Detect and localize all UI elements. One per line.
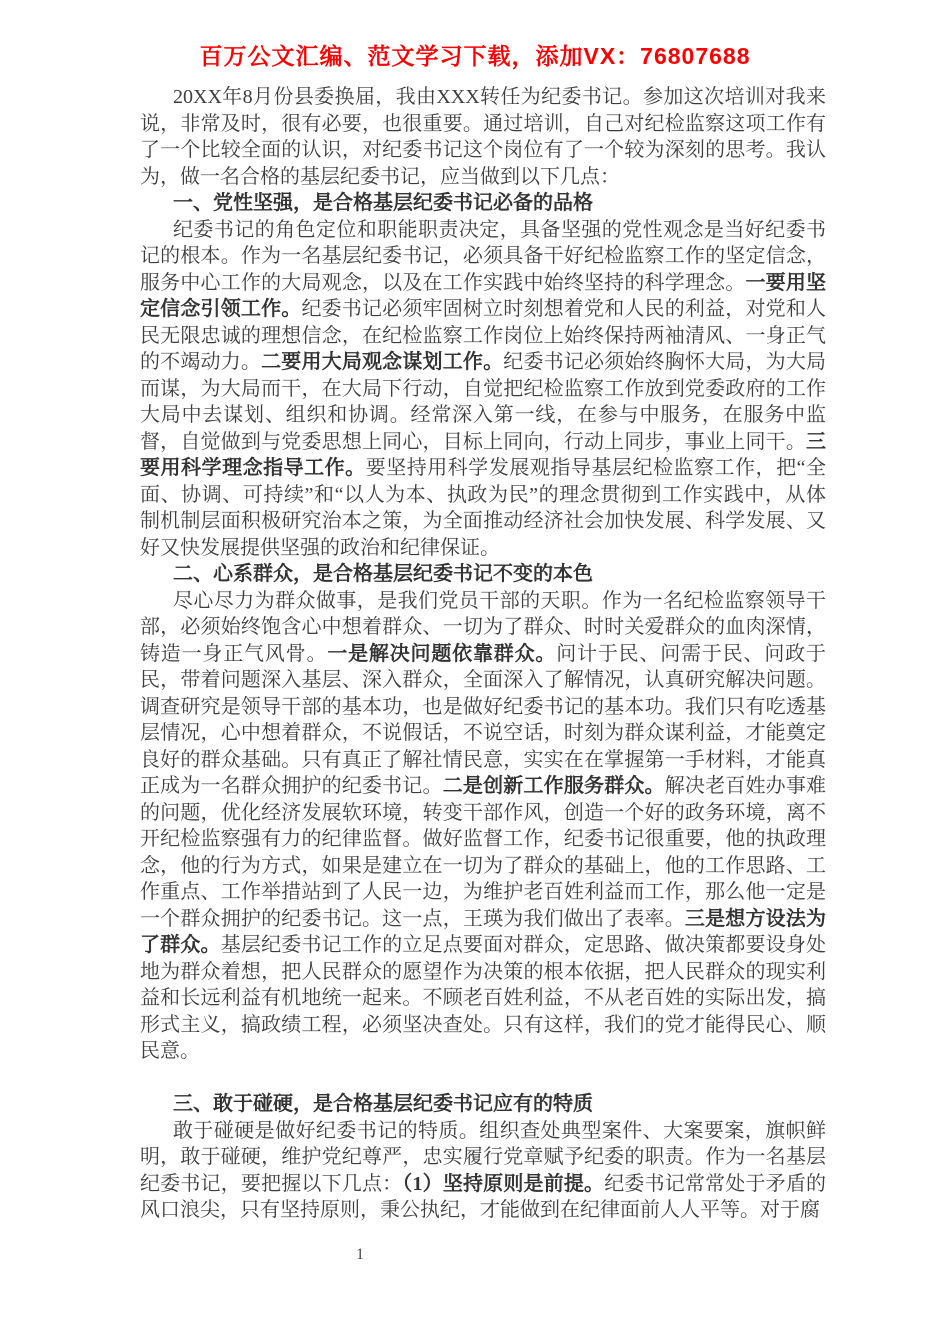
body-paragraph: 20XX年8月份县委换届，我由XXX转任为纪委书记。参加这次培训对我来说，非常及… bbox=[140, 84, 826, 190]
emphasis-run: 一是解决问题依靠群众。 bbox=[327, 643, 556, 665]
text-run: 纪委书记的角色定位和职能职责决定，具备坚强的党性观念是当好纪委书记的根本。作为一… bbox=[140, 219, 826, 294]
emphasis-run: 一、党性坚强，是合格基层纪委书记必备的品格 bbox=[173, 192, 593, 214]
text-run: 20XX年8月份县委换届，我由XXX转任为纪委书记。参加这次培训对我来说，非常及… bbox=[140, 86, 826, 188]
text-run: 基层纪委书记工作的立足点要面对群众，定思路、做决策都要设身处地为群众着想，把人民… bbox=[140, 934, 826, 1062]
body-paragraph: 纪委书记的角色定位和职能职责决定，具备坚强的党性观念是当好纪委书记的根本。作为一… bbox=[140, 217, 826, 562]
emphasis-run: 三、敢于碰硬，是合格基层纪委书记应有的特质 bbox=[173, 1093, 593, 1115]
blank-line bbox=[140, 1065, 826, 1092]
document-page: 百万公文汇编、范文学习下载，添加VX：76807688 20XX年8月份县委换届… bbox=[0, 0, 950, 1344]
emphasis-run: 二是创新工作服务群众。 bbox=[443, 775, 665, 797]
section-heading: 二、心系群众，是合格基层纪委书记不变的本色 bbox=[140, 561, 826, 588]
emphasis-run: （1）坚持原则是前提。 bbox=[402, 1173, 604, 1195]
text-run: 问计于民、问需于民、问政于民，带着问题深入基层、深入群众，全面深入了解情况，认真… bbox=[140, 643, 826, 798]
emphasis-run: 二、心系群众，是合格基层纪委书记不变的本色 bbox=[173, 563, 593, 585]
section-heading: 一、党性坚强，是合格基层纪委书记必备的品格 bbox=[140, 190, 826, 217]
section-heading: 三、敢于碰硬，是合格基层纪委书记应有的特质 bbox=[140, 1091, 826, 1118]
document-content: 20XX年8月份县委换届，我由XXX转任为纪委书记。参加这次培训对我来说，非常及… bbox=[140, 84, 826, 1224]
page-number: 1 bbox=[356, 1246, 364, 1264]
body-paragraph: 敢于碰硬是做好纪委书记的特质。组织查处典型案件、大案要案，旗帜鲜明，敢于碰硬，维… bbox=[140, 1118, 826, 1224]
body-paragraph: 尽心尽力为群众做事，是我们党员干部的天职。作为一名纪检监察领导干部，必须始终饱含… bbox=[140, 588, 826, 1065]
emphasis-run: 二要用大局观念谋划工作。 bbox=[261, 351, 503, 373]
text-run: 解决老百姓办事难的问题，优化经济发展软环境，转变干部作风，创造一个好的政务环境，… bbox=[140, 775, 826, 930]
promo-header: 百万公文汇编、范文学习下载，添加VX：76807688 bbox=[0, 38, 950, 71]
